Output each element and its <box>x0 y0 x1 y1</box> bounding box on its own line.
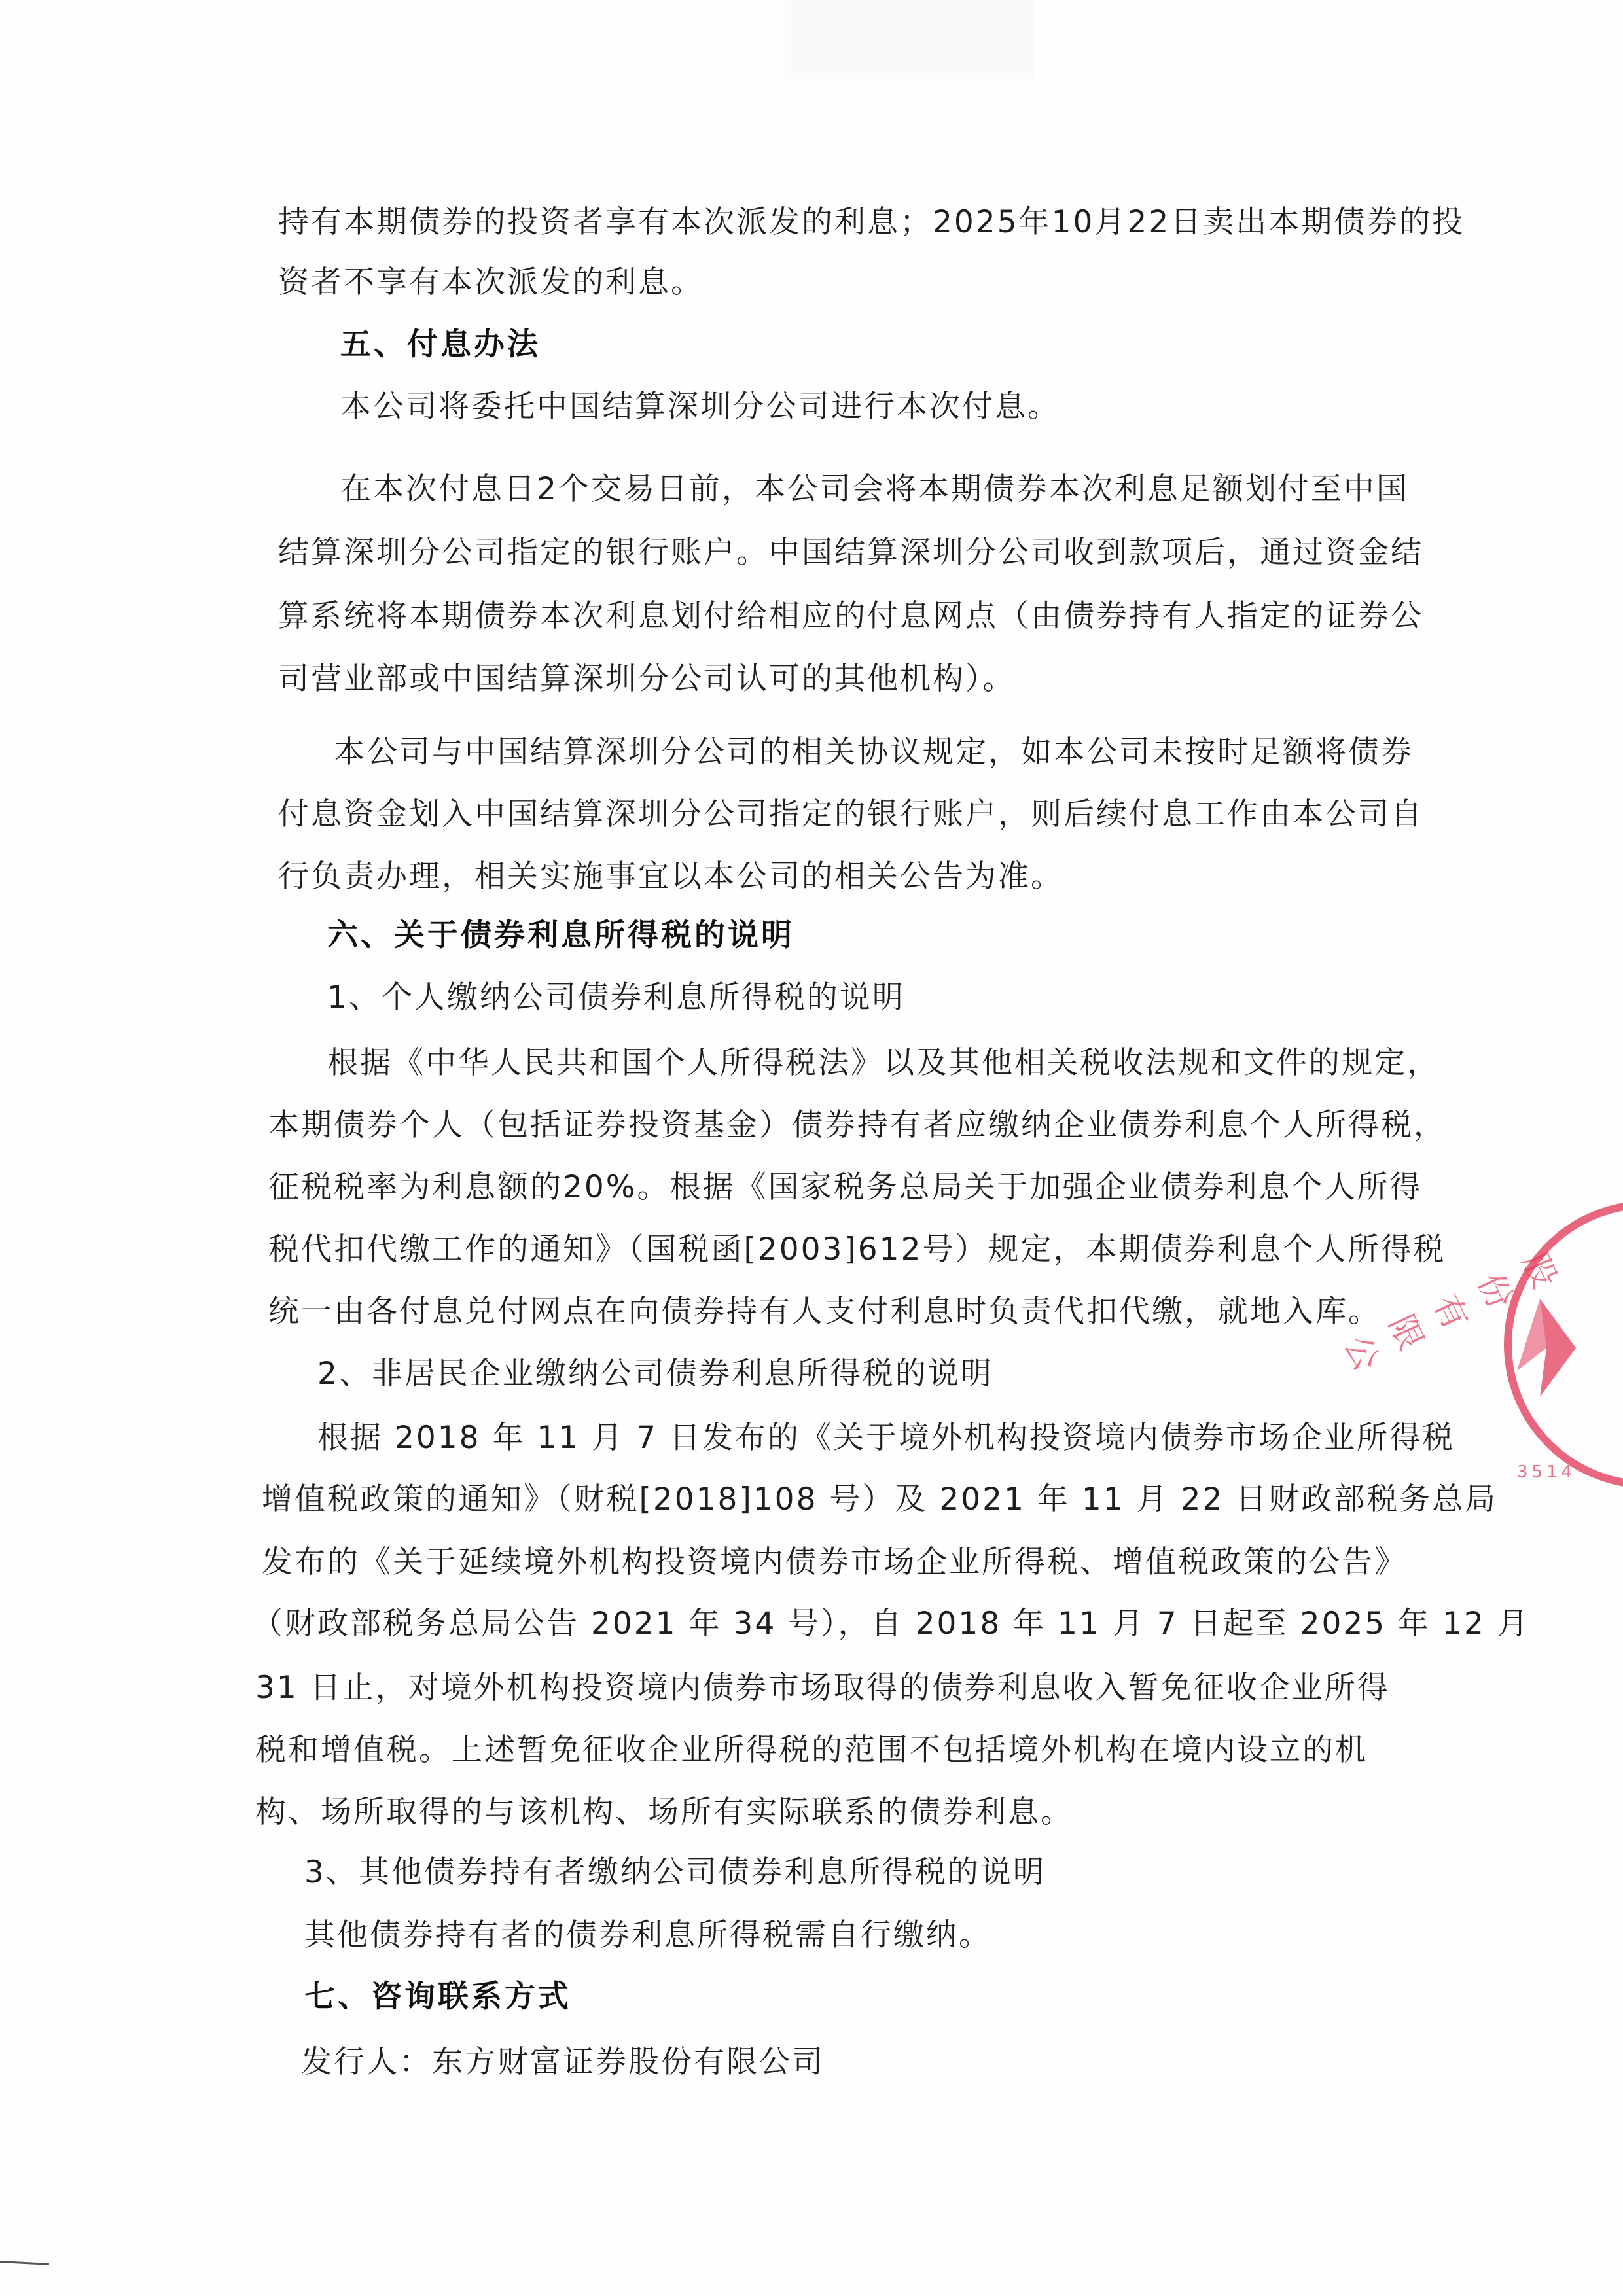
body-line: 付息资金划入中国结算深圳分公司指定的银行账户，则后续付息工作由本公司自 <box>278 795 1423 834</box>
body-line: 结算深圳分公司指定的银行账户。中国结算深圳分公司收到款项后，通过资金结 <box>278 533 1423 573</box>
body-line: 本公司将委托中国结算深圳分公司进行本次付息。 <box>340 387 1060 427</box>
body-line: 在本次付息日2个交易日前，本公司会将本期债券本次利息足额划付至中国 <box>340 470 1409 509</box>
body-line: 增值税政策的通知》（财税[2018]108 号）及 2021 年 11 月 22… <box>262 1480 1497 1519</box>
issuer-line: 发行人：东方财富证券股份有限公司 <box>301 2043 825 2082</box>
body-line: （财政部税务总局公告 2021 年 34 号），自 2018 年 11 月 7 … <box>252 1604 1530 1644</box>
body-line: 行负责办理，相关实施事宜以本公司的相关公告为准。 <box>278 857 1063 896</box>
body-line: 算系统将本期债券本次利息划付给相应的付息网点（由债券持有人指定的证券公 <box>278 597 1423 636</box>
seal-number: 3514 <box>1517 1462 1576 1482</box>
scan-bleed <box>785 0 1034 79</box>
document-page: 持有本期债券的投资者享有本次派发的利息；2025年10月22日卖出本期债券的投 … <box>0 0 1623 2296</box>
body-line: 征税税率为利息额的20%。根据《国家税务总局关于加强企业债券利息个人所得 <box>268 1168 1422 1207</box>
body-line: 根据《中华人民共和国个人所得税法》以及其他相关税收法规和文件的规定， <box>327 1044 1440 1083</box>
body-line: 税代扣代缴工作的通知》（国税函[2003]612号）规定，本期债券利息个人所得税 <box>268 1230 1446 1269</box>
subsection-title-3: 3、其他债券持有者缴纳公司债券利息所得税的说明 <box>304 1853 1046 1892</box>
body-line: 其他债券持有者的债券利息所得税需自行缴纳。 <box>304 1916 991 1955</box>
subsection-title-1: 1、个人缴纳公司债券利息所得税的说明 <box>327 978 905 1017</box>
section-heading-7: 七、咨询联系方式 <box>304 1977 571 2017</box>
body-line: 司营业部或中国结算深圳分公司认可的其他机构）。 <box>278 660 1016 699</box>
body-line: 本公司与中国结算深圳分公司的相关协议规定，如本公司未按时足额将债券 <box>334 733 1414 772</box>
section-heading-5: 五、付息办法 <box>340 325 541 364</box>
section-heading-6: 六、关于债券利息所得税的说明 <box>327 916 794 955</box>
scan-artifact <box>0 2261 49 2265</box>
body-line: 税和增值税。上述暂免征收企业所得税的范围不包括境外机构在境内设立的机 <box>255 1731 1368 1770</box>
body-line: 持有本期债券的投资者享有本次派发的利息；2025年10月22日卖出本期债券的投 <box>278 203 1417 242</box>
body-line: 构、场所取得的与该机构、场所有实际联系的债券利息。 <box>255 1793 1073 1832</box>
body-line: 统一由各付息兑付网点在向债券持有人支付利息时负责代扣代缴，就地入库。 <box>268 1292 1381 1332</box>
body-line: 本期债券个人（包括证券投资基金）债券持有者应缴纳企业债券利息个人所得税， <box>268 1106 1446 1145</box>
body-line: 根据 2018 年 11 月 7 日发布的《关于境外机构投资境内债券市场企业所得… <box>317 1419 1455 1458</box>
subsection-title-2: 2、非居民企业缴纳公司债券利息所得税的说明 <box>317 1354 993 1394</box>
body-line: 31 日止，对境外机构投资境内债券市场取得的债券利息收入暂免征收企业所得 <box>255 1669 1390 1708</box>
body-line: 资者不享有本次派发的利息。 <box>278 263 704 302</box>
body-line: 发布的《关于延续境外机构投资境内债券市场企业所得税、增值税政策的公告》 <box>262 1543 1407 1582</box>
